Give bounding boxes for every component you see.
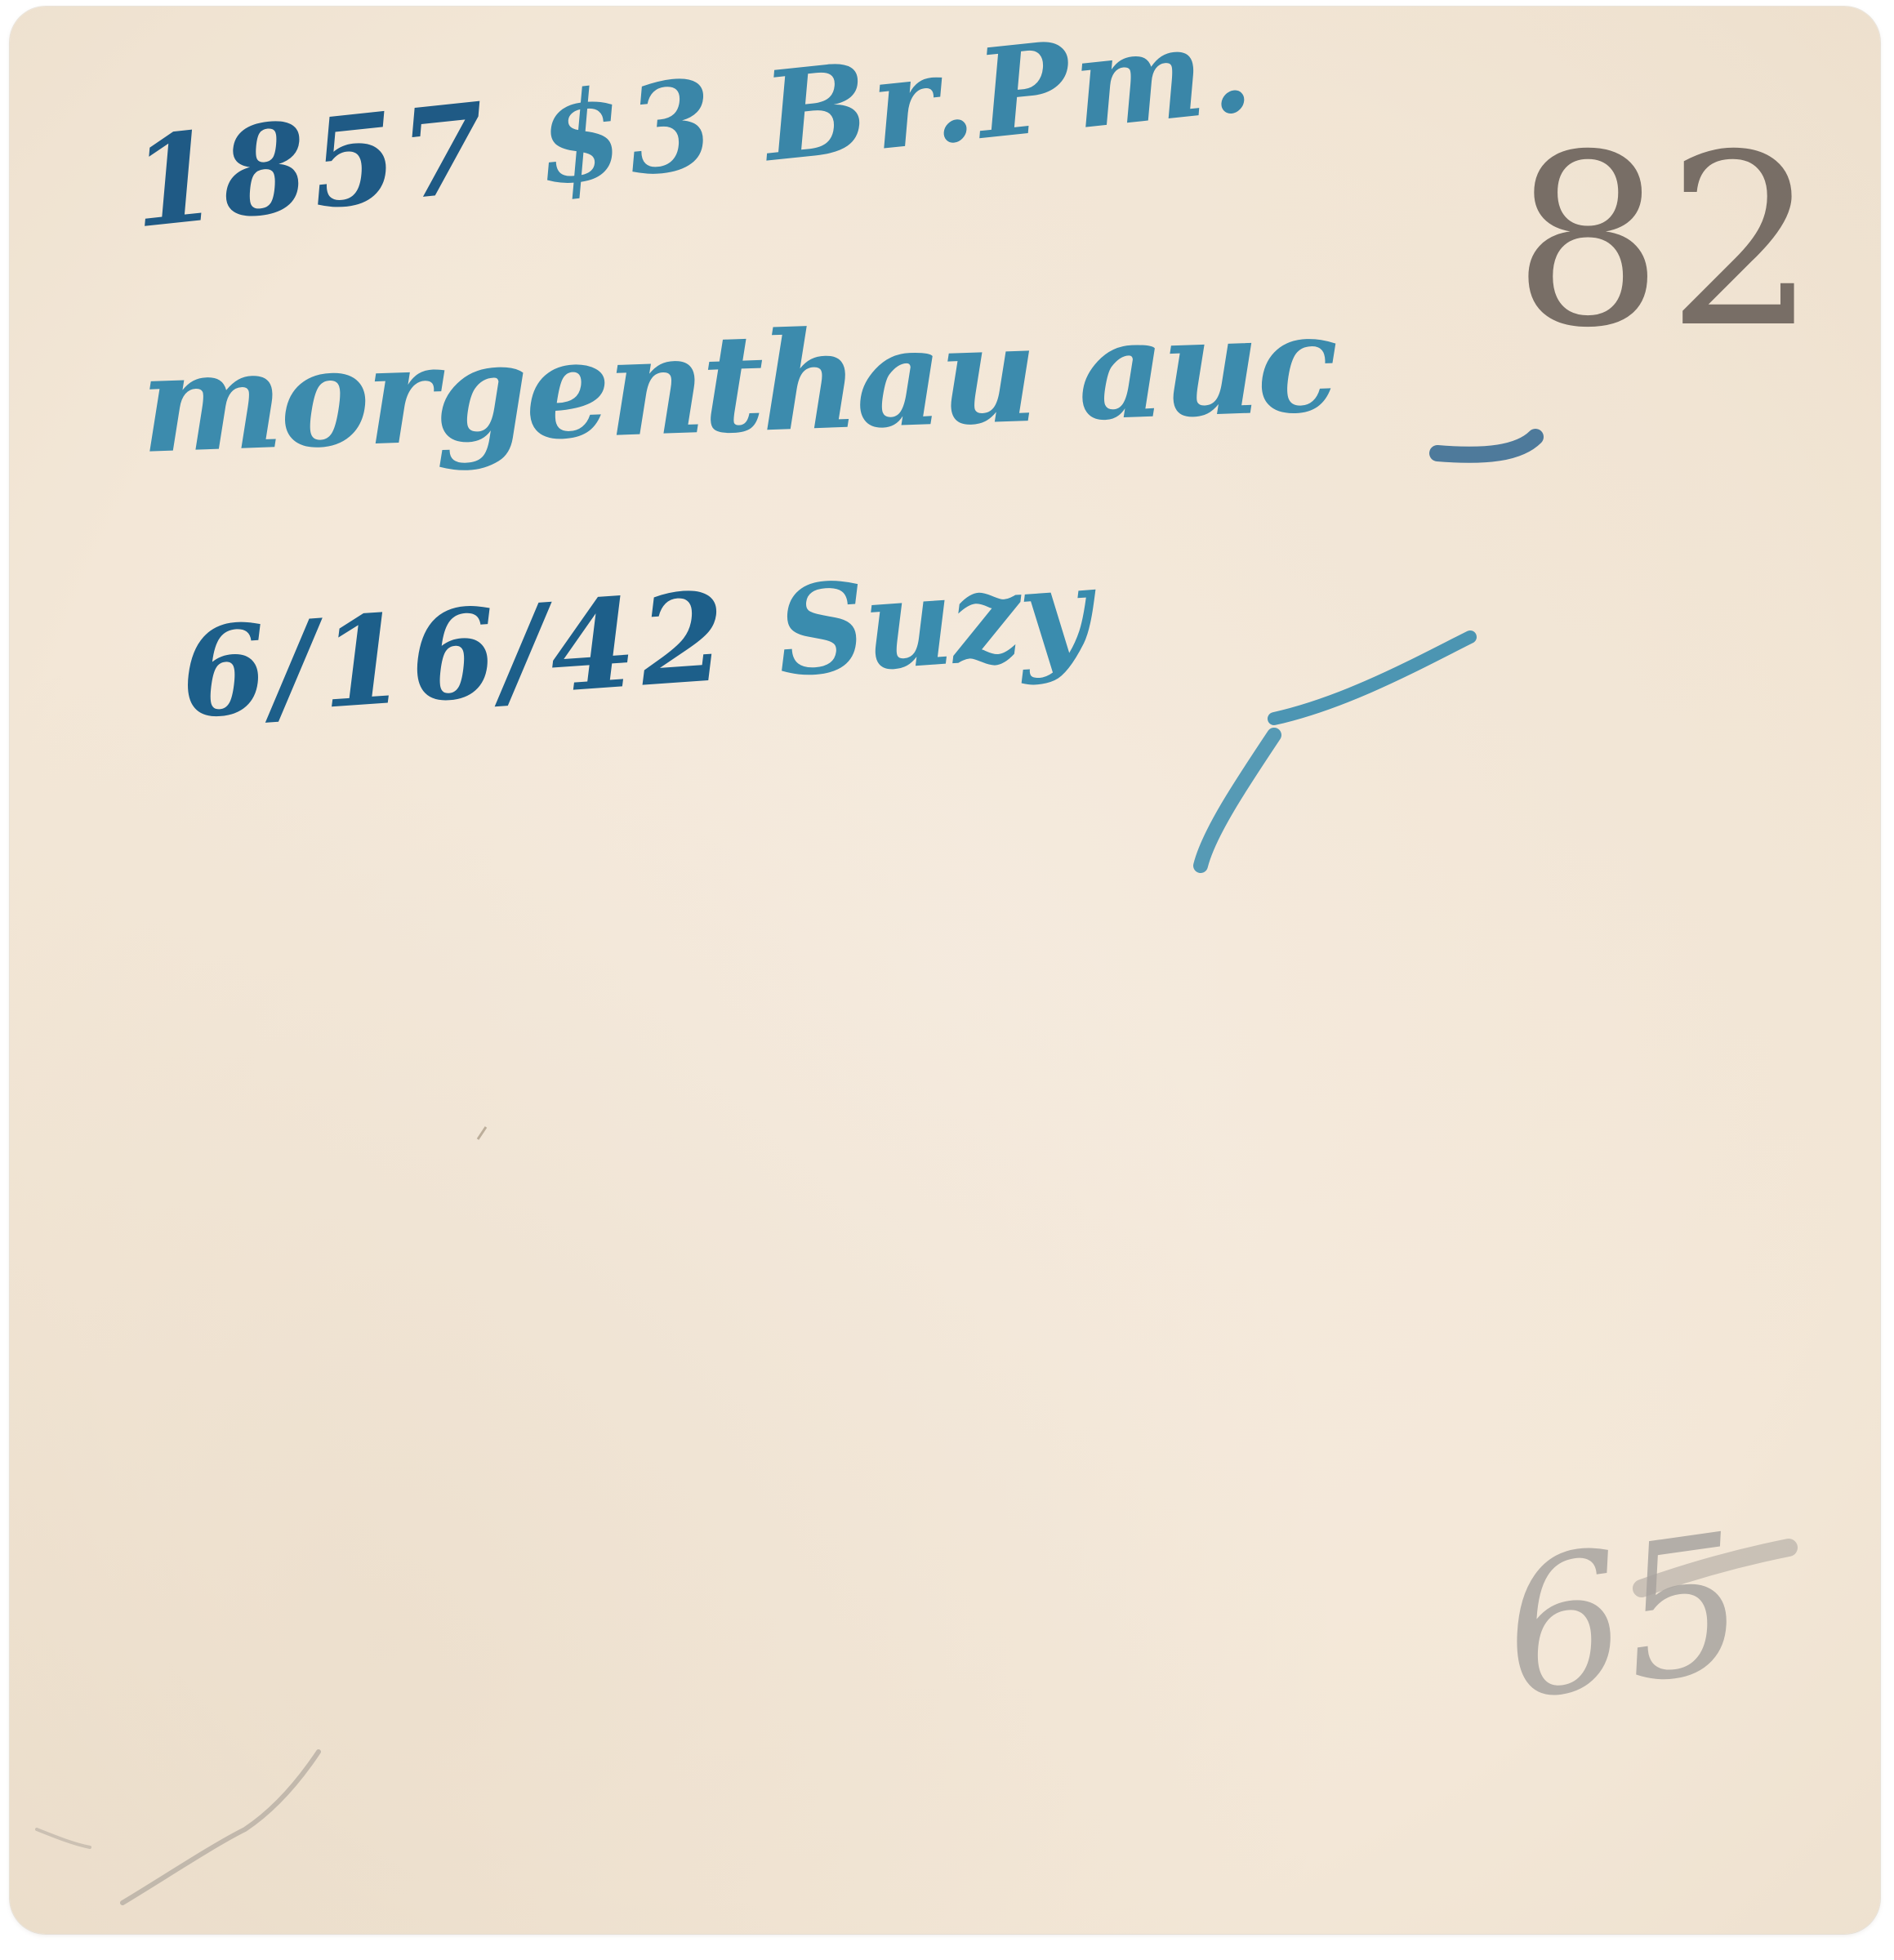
stamped-number: 82 (1513, 105, 1820, 380)
handwritten-line-date-signature: 6/16/42 Suzy (176, 540, 1094, 746)
year-text: 1857 (125, 75, 498, 256)
denomination-text: $3 (531, 51, 725, 213)
handwritten-line-year-denomination: 1857 $3 Br.Pm. (125, 0, 1263, 256)
paper-card: 1857 $3 Br.Pm. morgenthau auc 6/16/42 Su… (10, 7, 1880, 1934)
signature-text: Suzy (773, 540, 1094, 705)
abbreviation-text: Br.Pm. (757, 0, 1263, 189)
pencil-note: 65 (1491, 1494, 1758, 1743)
date-text: 6/16/42 (176, 564, 735, 746)
handwritten-line-source: morgenthau auc (138, 283, 1339, 483)
source-text: morgenthau auc (138, 283, 1339, 483)
